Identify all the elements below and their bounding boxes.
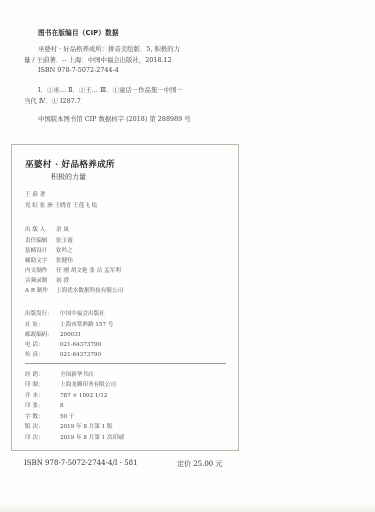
postcode-row: 邮政编码：200031 — [25, 330, 81, 338]
credit-value: 张玉霞 — [56, 238, 73, 244]
print-value: 787 × 1092 1/12 — [60, 393, 108, 399]
credit-auxiliary-text: 辅助文字张健伟 — [25, 256, 73, 264]
print-label: 开 本： — [25, 391, 60, 399]
fax-row: 传 真：021-64373790 — [25, 350, 101, 358]
footer-isbn: ISBN 978-7-5072-2744-4/I · 581 — [24, 459, 138, 467]
colophon-box: 巫婆村 · 好品格养成所 积极的力量 王 蔚 著 党 虹 张 洲 王晓青 王莲飞… — [11, 144, 239, 451]
print-value: 全国新华书店 — [60, 372, 94, 378]
credit-label: 内文制作 — [25, 266, 56, 274]
address-row: 社 址：上海市常熟路 157 号 — [25, 320, 113, 328]
cip-entry-line-2: 量 / 王蔚著．-- 上海：中国中福会出版社，2018.12 — [24, 55, 172, 64]
pub-value: 上海市常熟路 157 号 — [60, 322, 113, 328]
credit-value: 任 刚 胡文艳 张 洁 孟军利 — [56, 268, 121, 274]
pub-label: 出版发行： — [25, 309, 60, 317]
credit-value: 上海优水数据科技有限公司 — [56, 288, 123, 294]
pub-value: 中国中福会出版社 — [60, 311, 105, 317]
credit-label: A R 制作 — [25, 286, 56, 294]
pub-value: 021-64373790 — [60, 352, 101, 358]
book-title: 积极的力量 — [51, 172, 86, 182]
print-value: 2019 年 8 月第 1 次印刷 — [60, 435, 124, 441]
distributor-row: 经 销：全国新华书店 — [25, 370, 94, 378]
cip-heading: 图书在版编目（CIP）数据 — [38, 27, 119, 37]
illustrators-line: 党 虹 张 洲 王晓青 王莲飞 绘 — [25, 201, 97, 209]
pub-label: 社 址： — [25, 320, 60, 328]
cip-classification-line-1: Ⅰ．①巫… Ⅱ．①王… Ⅲ．①童话－作品集－中国－ — [38, 85, 183, 94]
credit-editor: 责任编辑张玉霞 — [25, 236, 73, 244]
printing-row: 印 次：2019 年 8 月第 1 次印刷 — [25, 433, 124, 441]
format-row: 开 本：787 × 1092 1/12 — [25, 391, 108, 399]
pub-label: 邮政编码： — [25, 330, 60, 338]
sheets-row: 印 张：8 — [25, 401, 64, 409]
credit-audio: 音频录制初 澄 — [25, 276, 69, 284]
credit-label: 出 版 人 — [25, 225, 56, 233]
credit-label: 音频录制 — [25, 276, 56, 284]
print-label: 经 销： — [25, 370, 60, 378]
pub-label: 电 话： — [25, 340, 60, 348]
credit-label: 责任编辑 — [25, 236, 56, 244]
credit-label: 辅助文字 — [25, 256, 56, 264]
footer-price: 定价 25.00 元 — [177, 459, 223, 469]
cip-isbn: ISBN 978-7-5072-2744-4 — [38, 66, 119, 74]
credit-value: 钦吟之 — [56, 248, 73, 254]
print-value: 50 千 — [60, 414, 75, 420]
credit-ar: A R 制作上海优水数据科技有限公司 — [25, 286, 123, 294]
cip-entry-line-1: 巫婆村 · 好品格养成所：拼音美绘版．5, 积极的力 — [38, 44, 180, 53]
credit-layout: 内文制作任 刚 胡文艳 张 洁 孟军利 — [25, 266, 121, 274]
pub-value: 200031 — [60, 332, 81, 338]
cip-data-number: 中国版本图书馆 CIP 数据核字 (2018) 第 288989 号 — [38, 114, 191, 123]
print-label: 印 张： — [25, 401, 60, 409]
credit-value: 张健伟 — [56, 258, 73, 264]
printer-row: 印 制：上海龙腾印务有限公司 — [25, 380, 116, 388]
print-label: 印 制： — [25, 380, 60, 388]
credit-designer: 装帧设计钦吟之 — [25, 246, 73, 254]
print-value: 2019 年 8 月第 1 版 — [60, 424, 113, 430]
pub-value: 021-64373790 — [60, 342, 101, 348]
word-count-row: 字 数：50 千 — [25, 412, 75, 420]
print-value: 8 — [60, 403, 64, 409]
publisher-row: 出版发行：中国中福会出版社 — [25, 309, 105, 317]
print-label: 版 次： — [25, 422, 60, 430]
section-divider — [25, 363, 226, 364]
author-line: 王 蔚 著 — [25, 190, 45, 198]
series-title: 巫婆村 · 好品格养成所 — [25, 158, 115, 170]
cip-classification-line-2: 当代 Ⅳ．① I287.7 — [24, 96, 81, 105]
credit-publisher-person: 出 版 人余 岚 — [25, 225, 69, 233]
credit-value: 余 岚 — [56, 227, 69, 233]
credit-value: 初 澄 — [56, 278, 69, 284]
edition-row: 版 次：2019 年 8 月第 1 版 — [25, 422, 113, 430]
page-edge-shade — [0, 504, 375, 512]
print-value: 上海龙腾印务有限公司 — [60, 382, 116, 388]
phone-row: 电 话：021-64373790 — [25, 340, 101, 348]
pub-label: 传 真： — [25, 350, 60, 358]
print-label: 字 数： — [25, 412, 60, 420]
credit-label: 装帧设计 — [25, 246, 56, 254]
print-label: 印 次： — [25, 433, 60, 441]
